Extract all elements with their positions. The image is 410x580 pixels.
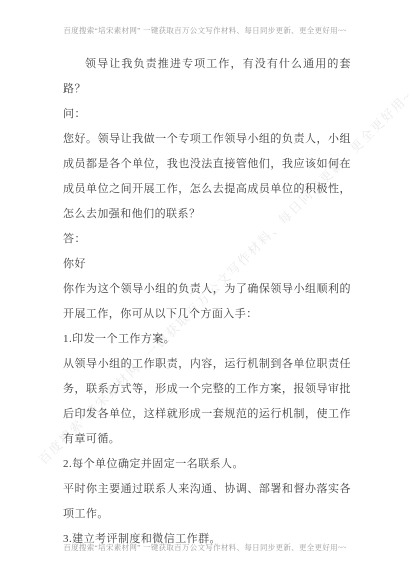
document-title: 领导让我负责推进专项工作，有没有什么通用的套路？ [63, 52, 351, 102]
document-body: 领导让我负责推进专项工作，有没有什么通用的套路？问：您好。领导让我做一个专项工作… [63, 52, 351, 552]
numbered-heading: 2.每个单位确定并固定一名联系人。 [63, 452, 351, 477]
document-page: 百度搜索“培宋素材网” 一键获取百万公文写作材料、每日同步更新、更全更好用~~ … [0, 0, 410, 580]
paragraph: 您好。领导让我做一个专项工作领导小组的负责人，小组成员都是各个单位，我也没法直接… [63, 127, 351, 227]
paragraph: 平时你主要通过联系人来沟通、协调、部署和督办落实各项工作。 [63, 477, 351, 527]
paragraph: 你作为这个领导小组的负责人，为了确保领导小组顺利的开展工作，你可从以下几个方面入… [63, 277, 351, 327]
paragraph: 从领导小组的工作职责，内容，运行机制到各单位职责任务，联系方式等，形成一个完整的… [63, 352, 351, 452]
paragraph: 你好 [63, 252, 351, 277]
qa-label: 问： [63, 102, 351, 127]
qa-label: 答： [63, 227, 351, 252]
numbered-heading: 1.印发一个工作方案。 [63, 327, 351, 352]
promo-footer-note: 百度搜索“培宋素材网” 一键获取百万公文写作材料、每日同步更新、更全更好用~~ [0, 542, 410, 553]
promo-header-note: 百度搜索“培宋素材网” 一键获取百万公文写作材料、每日同步更新、更全更好用~~ [0, 25, 410, 36]
